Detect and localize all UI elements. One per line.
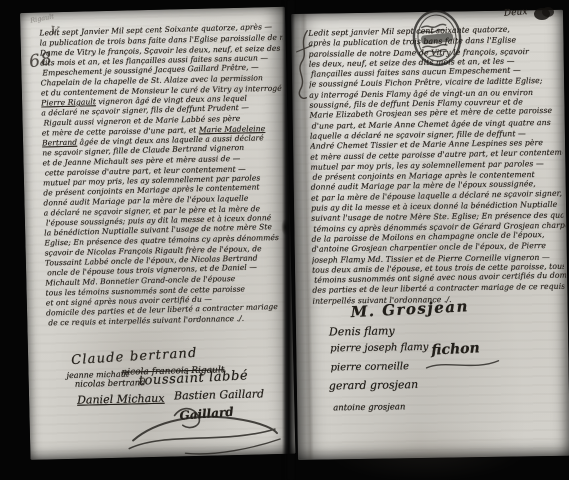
fichon-paraph-icon xyxy=(424,357,500,374)
page-corner-note: Deux xyxy=(504,7,528,19)
right-page: Ledit sept janvier Mil sept cent soixant… xyxy=(291,10,569,460)
binding-gutter xyxy=(282,0,295,480)
signature-denis-flamy: Denis flamy xyxy=(329,324,395,338)
scanned-parish-register: { "palette": { "background": "#050505", … xyxy=(0,0,569,480)
signature-pierre-joseph-flamy: pierre joseph flamy xyxy=(330,342,428,355)
paper-stain xyxy=(327,420,528,480)
signature-fichon: fichon xyxy=(431,340,480,358)
fiscal-stamp-icon xyxy=(407,6,467,69)
left-page-text-block: Ledit sept Janvier Mil sept cent Soixant… xyxy=(39,23,291,329)
signature-pierre-corneille: pierre corneille xyxy=(330,361,409,373)
signature-paraph-icon xyxy=(124,399,285,461)
ink-blot-icon xyxy=(533,6,555,21)
signature-claude-bertrand: Claude bertrand xyxy=(71,346,198,368)
left-page: Rigault V 68 Ledit sept Janvier Mil sept… xyxy=(20,7,295,460)
signature-gerard-grosjean: gerard grosjean xyxy=(329,378,418,392)
signature-nicolas-bertrand: nicolas bertrand xyxy=(75,378,146,390)
signature-antoine-grosjean: antoine grosjean xyxy=(333,402,405,413)
